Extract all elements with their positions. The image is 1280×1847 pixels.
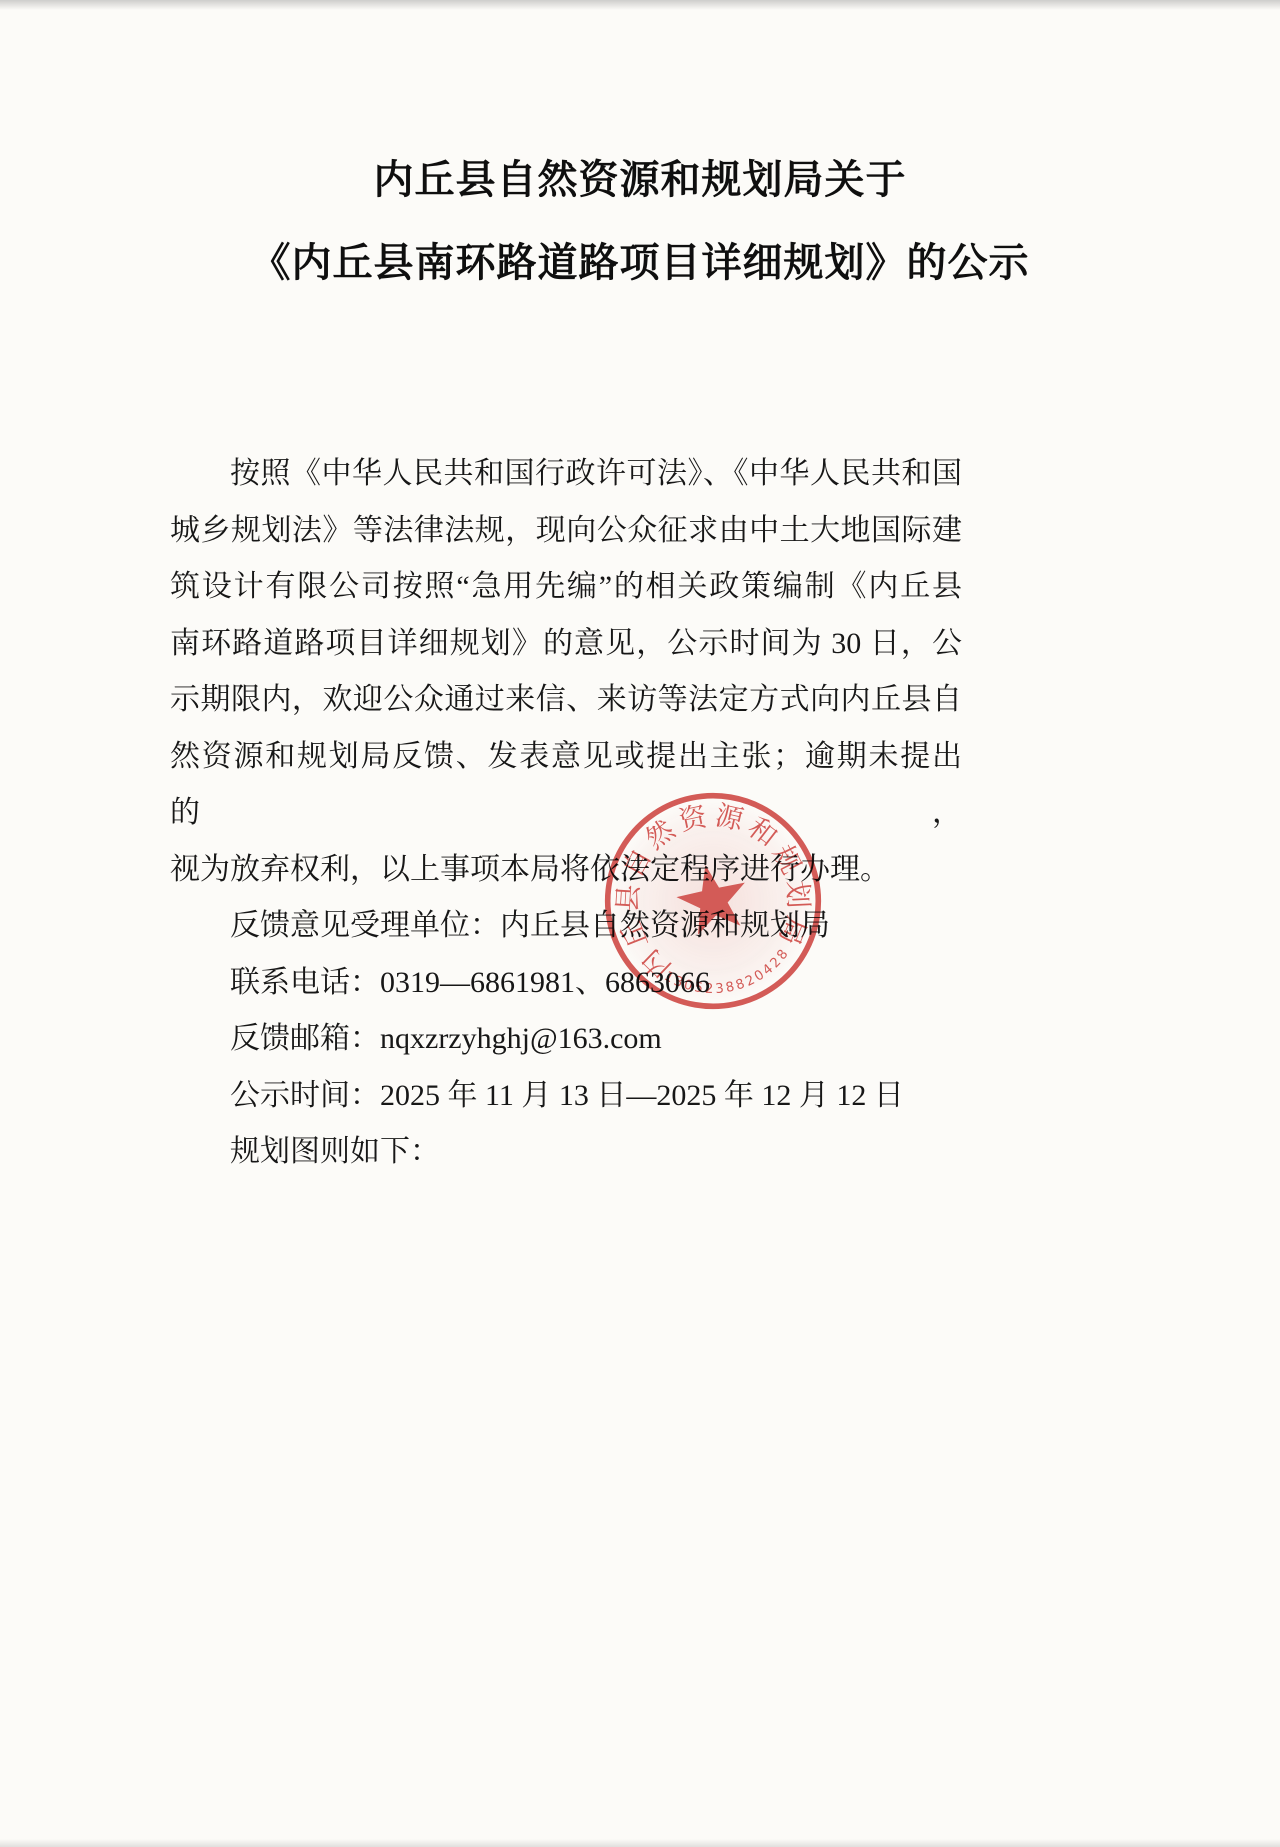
contact-line-phone: 联系电话：0319—6861981、6863066 (170, 955, 962, 1012)
body-line: 视为放弃权利，以上事项本局将依法定程序进行办理。 (170, 842, 962, 899)
body-line: 然资源和规划局反馈、发表意见或提出主张；逾期未提出的， (170, 729, 962, 842)
body-line: 南环路道路项目详细规划》的意见，公示时间为 30 日，公 (170, 616, 962, 673)
document-title-line2: 《内丘县南环路道路项目详细规划》的公示 (0, 233, 1280, 293)
body-line: 城乡规划法》等法律法规，现向公众征求由中土大地国际建 (170, 503, 962, 560)
contact-line-notice-period: 公示时间：2025 年 11 月 13 日—2025 年 12 月 12 日 (170, 1068, 962, 1125)
body-line: 按照《中华人民共和国行政许可法》、《中华人民共和国 (170, 446, 962, 503)
body-line: 示期限内，欢迎公众通过来信、来访等法定方式向内丘县自 (170, 672, 962, 729)
contact-line-plan-drawings: 规划图则如下： (170, 1124, 962, 1181)
contact-line-accepting-unit: 反馈意见受理单位：内丘县自然资源和规划局 (170, 898, 962, 955)
document-body: 按照《中华人民共和国行政许可法》、《中华人民共和国 城乡规划法》等法律法规，现向… (170, 446, 962, 1181)
contact-line-email: 反馈邮箱：nqxzrzyhghj@163.com (170, 1011, 962, 1068)
document-title-line1: 内丘县自然资源和规划局关于 (0, 150, 1280, 210)
notice-document-page: 内丘县自然资源和规划局关于 《内丘县南环路道路项目详细规划》的公示 按照《中华人… (0, 0, 1280, 1847)
body-line: 筑设计有限公司按照“急用先编”的相关政策编制《内丘县 (170, 559, 962, 616)
